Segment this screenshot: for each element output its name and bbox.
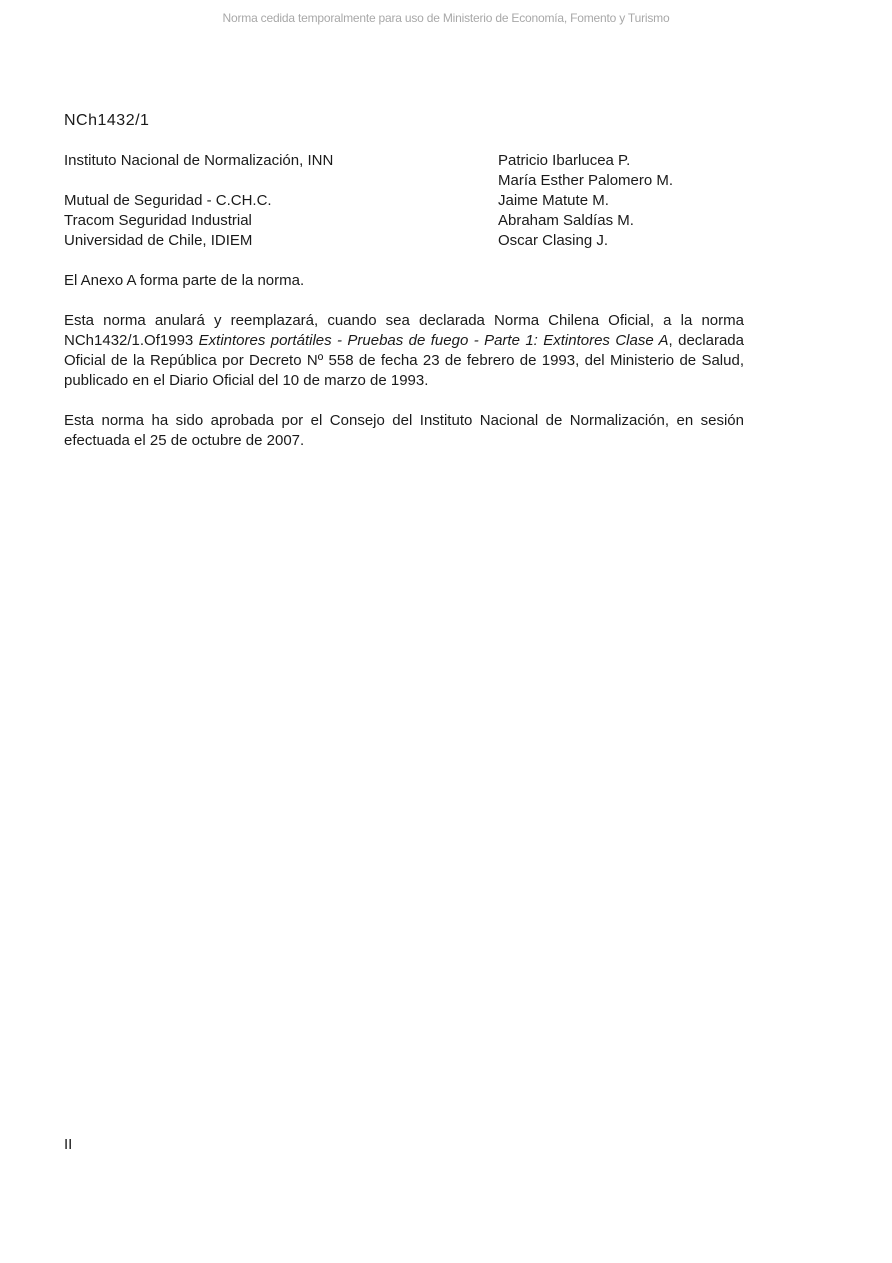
- committee-list: Instituto Nacional de Normalización, INN…: [64, 151, 744, 251]
- committee-person: Abraham Saldías M.: [498, 211, 744, 231]
- committee-organization: Instituto Nacional de Normalización, INN: [64, 151, 498, 171]
- committee-person: Oscar Clasing J.: [498, 231, 744, 251]
- committee-person: María Esther Palomero M.: [498, 171, 744, 191]
- document-code: NCh1432/1: [64, 111, 744, 131]
- page-number: II: [64, 1136, 72, 1153]
- document-page: NCh1432/1 Instituto Nacional de Normaliz…: [64, 111, 744, 466]
- committee-organization: Tracom Seguridad Industrial: [64, 211, 498, 231]
- committee-organization: Universidad de Chile, IDIEM: [64, 231, 498, 251]
- committee-person: Patricio Ibarlucea P.: [498, 151, 744, 171]
- committee-organization: Mutual de Seguridad - C.CH.C.: [64, 191, 498, 211]
- committee-person: Jaime Matute M.: [498, 191, 744, 211]
- watermark: Norma cedida temporalmente para uso de M…: [0, 11, 892, 25]
- replacement-paragraph: Esta norma anulará y reemplazará, cuando…: [64, 311, 744, 391]
- replaced-standard-title: Extintores portátiles - Pruebas de fuego…: [199, 332, 669, 349]
- committee-organization: [64, 171, 498, 191]
- approval-paragraph: Esta norma ha sido aprobada por el Conse…: [64, 411, 744, 451]
- annex-paragraph: El Anexo A forma parte de la norma.: [64, 271, 744, 291]
